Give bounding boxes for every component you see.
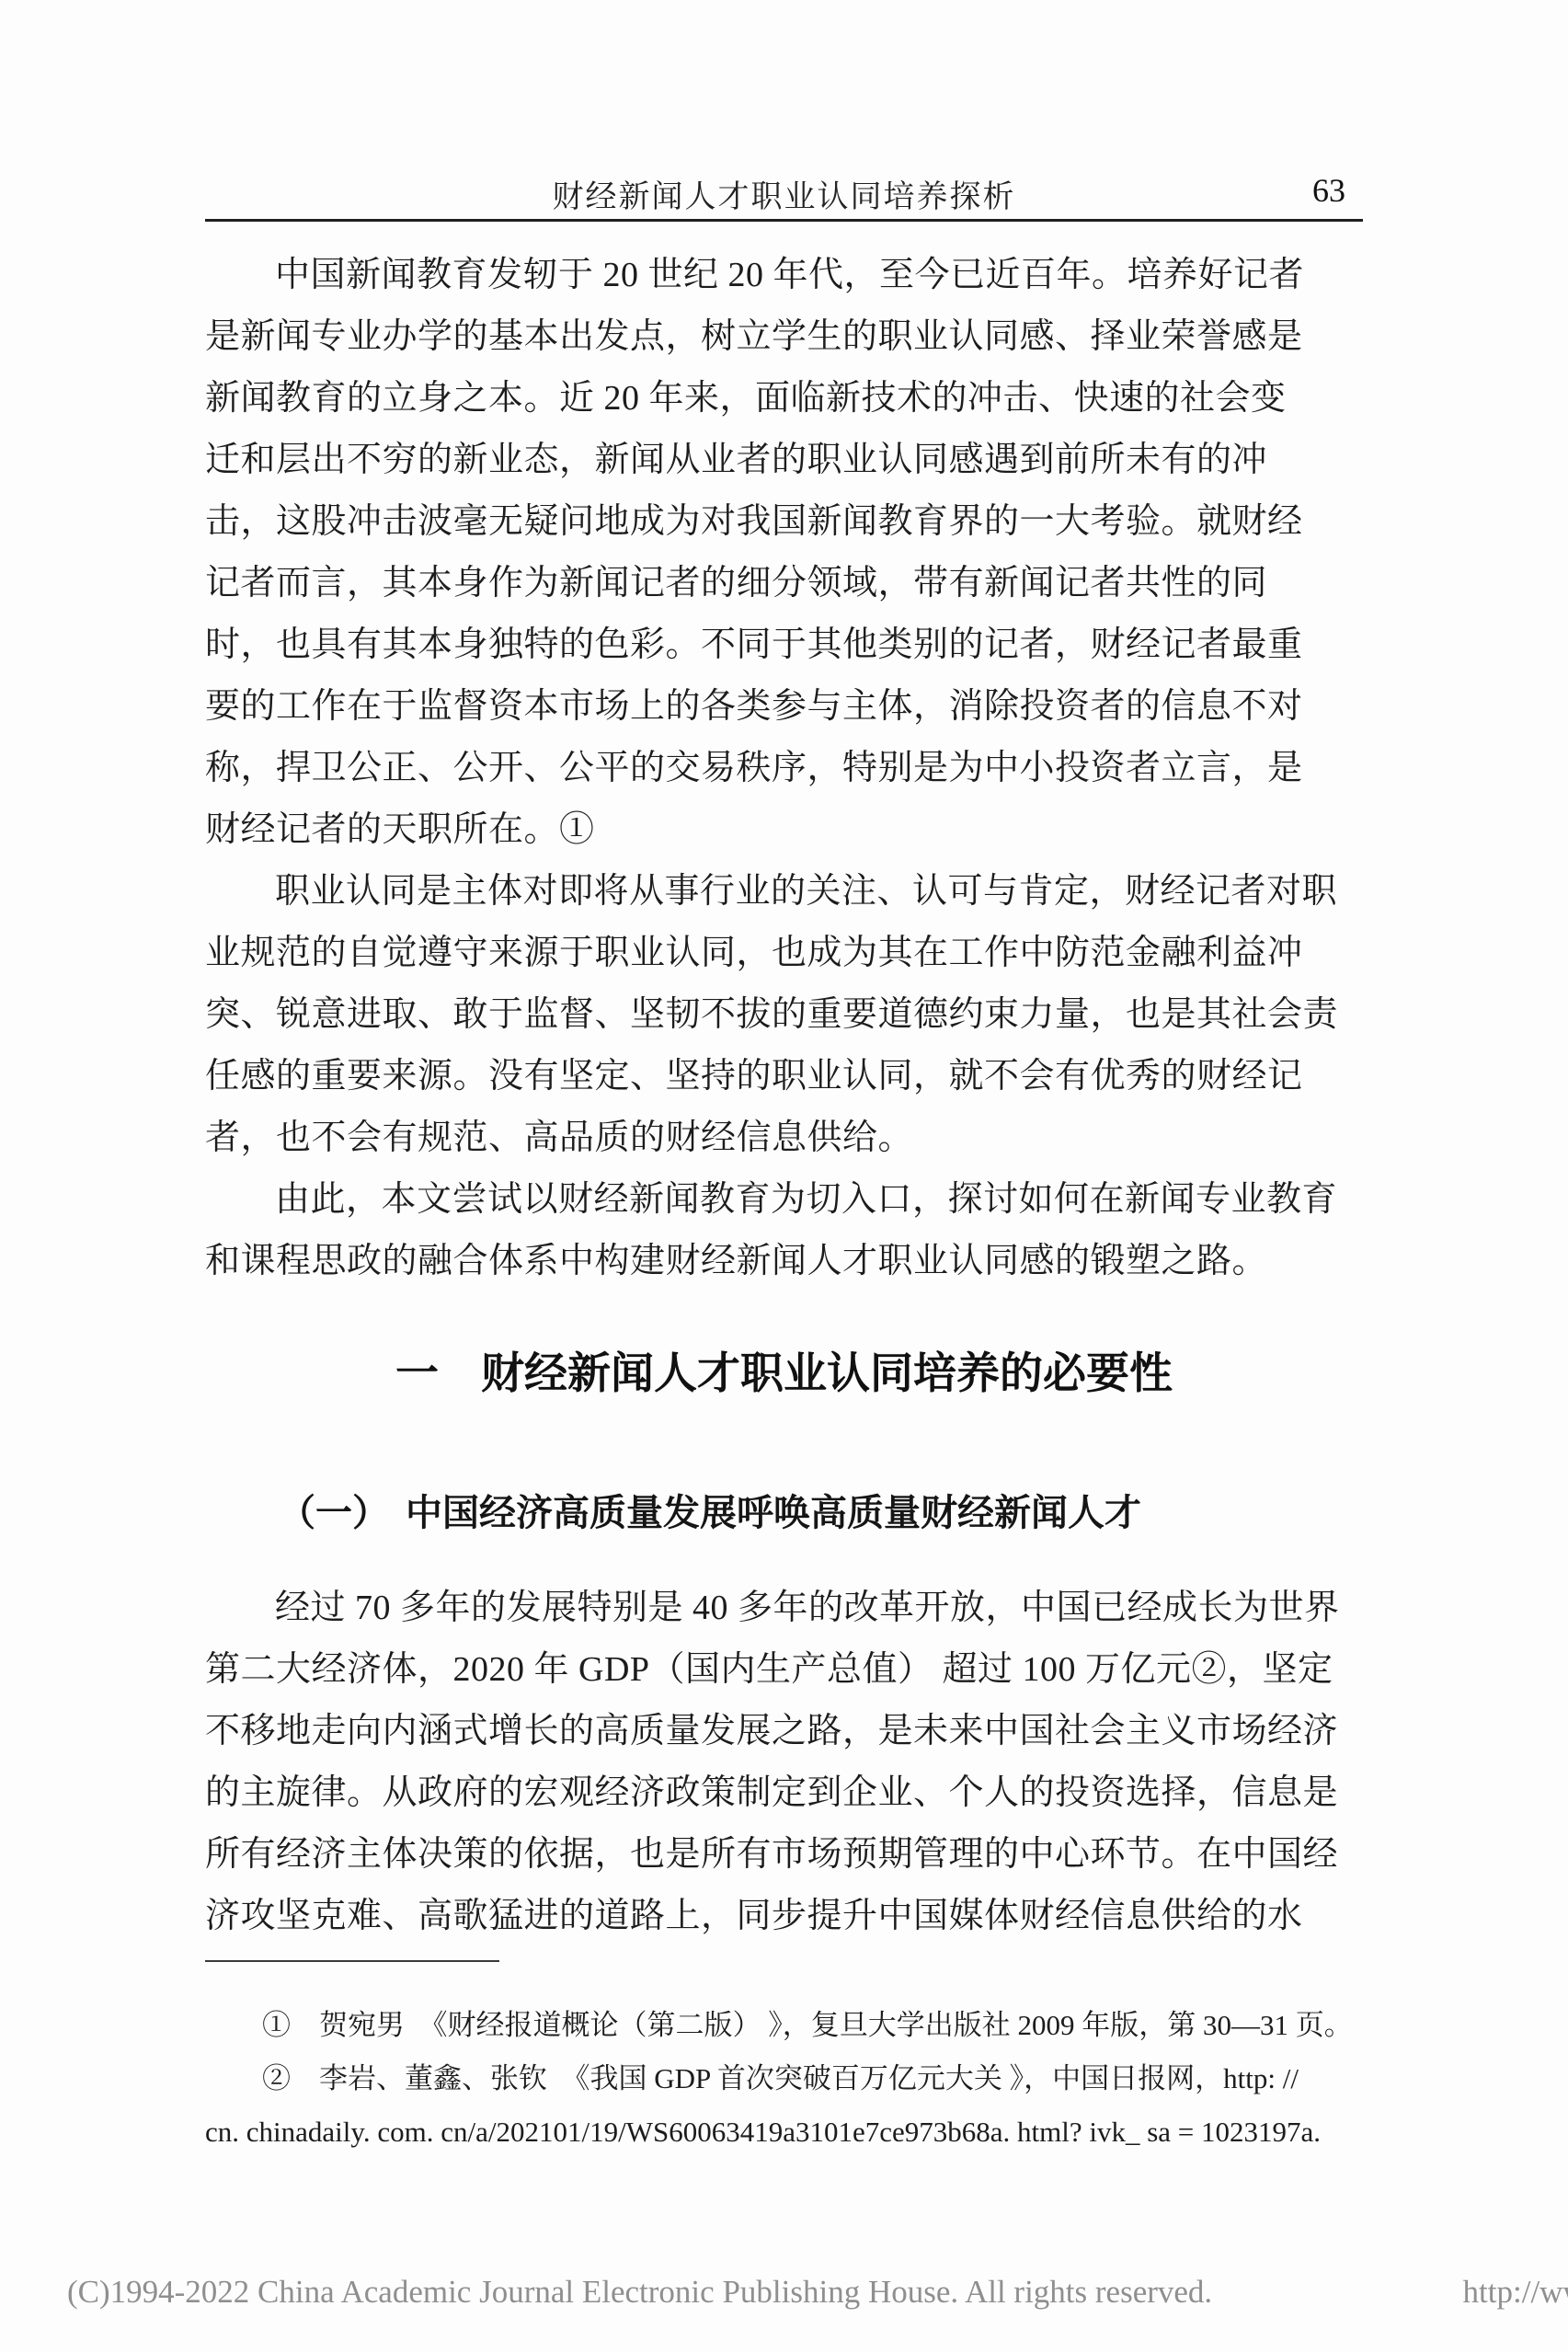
footnotes-block: ① 贺宛男 《财经报道概论（第二版） 》，复旦大学出版社 2009 年版，第 3… [205, 1999, 1363, 2159]
article-body: 中国新闻教育发轫于 20 世纪 20 年代，至今已近百年。培养好记者 是新闻专业… [205, 245, 1363, 2159]
paragraph-intro-3: 由此，本文尝试以财经新闻教育为切入口，探讨如何在新闻专业教育 和课程思政的融合体… [205, 1169, 1363, 1292]
paragraph-intro-2: 职业认同是主体对即将从事行业的关注、认可与肯定，财经记者对职 业规范的自觉遵守来… [205, 861, 1363, 1169]
journal-page: 财经新闻人才职业认同培养探析 63 中国新闻教育发轫于 20 世纪 20 年代，… [0, 0, 1568, 2352]
header-rule [205, 219, 1363, 222]
section-title: 财经新闻人才职业认同培养的必要性 [481, 1348, 1173, 1397]
section-heading: 一财经新闻人才职业认同培养的必要性 [205, 1337, 1363, 1410]
page-footer: (C)1994-2022 China Academic Journal Elec… [67, 2274, 1568, 2311]
copyright-notice: (C)1994-2022 China Academic Journal Elec… [67, 2274, 1212, 2311]
paragraph-section-1: 经过 70 多年的发展特别是 40 多年的改革开放，中国已经成长为世界 第二大经… [205, 1578, 1363, 1947]
page-header: 财经新闻人才职业认同培养探析 63 [205, 171, 1363, 213]
footnote-1: ① 贺宛男 《财经报道概论（第二版） 》，复旦大学出版社 2009 年版，第 3… [205, 1999, 1363, 2052]
running-head-title: 财经新闻人才职业认同培养探析 [205, 171, 1363, 216]
footer-url: http://www [1463, 2274, 1568, 2311]
subsection-title: 中国经济高质量发展呼唤高质量财经新闻人才 [406, 1493, 1141, 1533]
footnote-2: ② 李岩、董鑫、张钦 《我国 GDP 首次突破百万亿元大关 》，中国日报网，ht… [205, 2052, 1363, 2159]
page-number: 63 [1312, 171, 1345, 210]
footnote-separator-rule [205, 1960, 499, 1962]
section-number: 一 [395, 1348, 439, 1397]
subsection-heading: （一）中国经济高质量发展呼唤高质量财经新闻人才 [205, 1486, 1363, 1541]
subsection-number: （一） [279, 1493, 389, 1533]
paragraph-intro-1: 中国新闻教育发轫于 20 世纪 20 年代，至今已近百年。培养好记者 是新闻专业… [205, 245, 1363, 861]
